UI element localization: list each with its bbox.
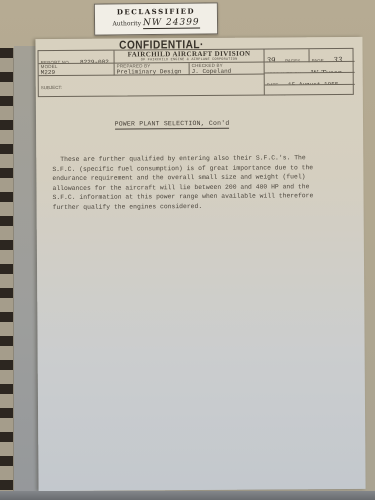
- revised-cell: REVISED: [265, 85, 355, 96]
- date-cell: DATE 15 August 1955: [265, 73, 355, 86]
- section-title-text: POWER PLANT SELECTION, Con'd: [115, 120, 230, 130]
- declassified-stamp-authority: Authority NW 24399: [95, 17, 217, 28]
- table-bottom-edge: [0, 491, 375, 500]
- report-header-table: REPORT NO. 8229-002 FAIRCHILD AIRCRAFT D…: [38, 48, 354, 97]
- revised-label: REVISED: [267, 94, 287, 95]
- approved-by-cell: APPROVED BY W. Tyson: [265, 62, 355, 74]
- page-number-cell: PAGE 33: [310, 49, 355, 62]
- model-cell: MODEL M229: [39, 64, 115, 77]
- report-number-cell: REPORT NO. 8229-002: [39, 51, 115, 65]
- subject-label: SUBJECT:: [41, 85, 62, 90]
- authority-label: Authority: [112, 20, 141, 27]
- declassified-stamp: DECLASSIFIED Authority NW 24399: [94, 2, 218, 35]
- spiral-binding: [0, 48, 14, 500]
- pages-cell: 39 PAGES: [265, 49, 310, 62]
- division-cell: FAIRCHILD AIRCRAFT DIVISION OF FAIRCHILD…: [115, 50, 265, 64]
- declassified-stamp-title: DECLASSIFIED: [95, 6, 217, 16]
- document-photo: DECLASSIFIED Authority NW 24399 CONFIDEN…: [0, 0, 375, 500]
- authority-value-handwritten: NW 24399: [143, 18, 200, 30]
- revised-blank-line: [296, 91, 351, 96]
- body-paragraph: These are further qualified by entering …: [52, 153, 328, 212]
- prepared-by-cell: PREPARED BY Preliminary Design: [115, 63, 190, 76]
- checked-by-cell: CHECKED BY J. Copeland: [190, 63, 265, 76]
- subject-cell: SUBJECT: HIGH PERFORMANCE OBSERVATION AN…: [39, 75, 265, 98]
- report-page: CONFIDENTIAL· REPORT NO. 8229-002 FAIRCH…: [35, 37, 365, 491]
- section-title: POWER PLANT SELECTION, Con'd: [36, 119, 308, 128]
